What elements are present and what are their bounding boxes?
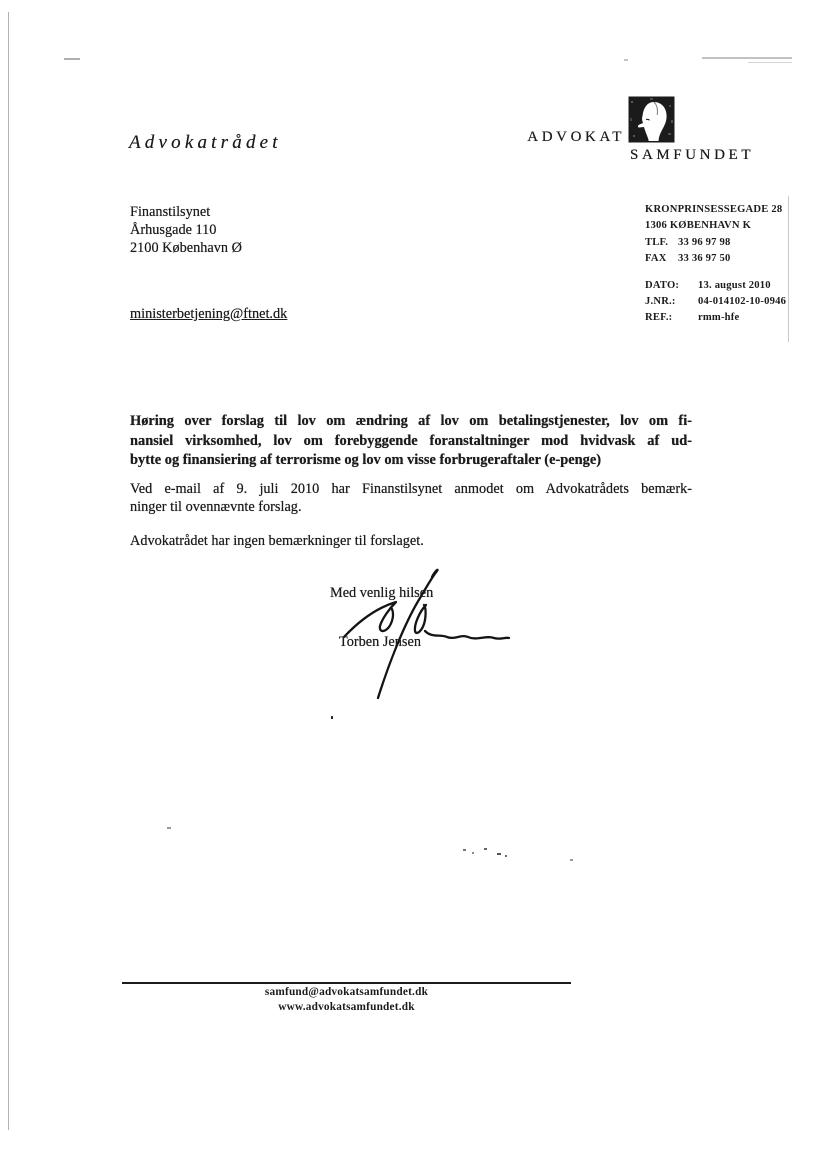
scan-speck: [497, 853, 501, 855]
scan-speck: [331, 716, 333, 719]
footer-divider: [122, 982, 571, 984]
logo-text-samfundet: SAMFUNDET: [630, 147, 754, 164]
recipient-name: Finanstilsynet: [130, 203, 242, 221]
subject-line: Høring over forslag til lov om ændring a…: [130, 412, 692, 432]
handwritten-signature: [328, 558, 518, 706]
scan-artifact-left-edge: [8, 12, 9, 1130]
subject-line: nansiel virksomhed, lov om forebyggende …: [130, 432, 692, 452]
fax-label: FAX: [645, 251, 678, 267]
recipient-email-link[interactable]: ministerbetjening@ftnet.dk: [130, 306, 287, 323]
scan-artifact-dash: [702, 57, 792, 59]
fax-row: FAX 33 36 97 50: [645, 251, 786, 267]
sender-street: KRONPRINSESSEGADE 28: [645, 202, 786, 218]
scan-speck: [167, 827, 171, 829]
phone-label: TLF.: [645, 235, 678, 251]
subject-heading: Høring over forslag til lov om ændring a…: [130, 412, 692, 471]
date-label: DATO:: [645, 278, 698, 294]
scan-speck: [484, 848, 487, 850]
phone-row: TLF. 33 96 97 98: [645, 235, 786, 251]
fax-value: 33 36 97 50: [678, 251, 731, 267]
scan-speck: [463, 849, 466, 851]
paragraph-line: ninger til ovennævnte forslag.: [130, 499, 692, 517]
footer-email: samfund@advokatsamfundet.dk: [122, 985, 571, 1000]
scan-artifact-dash: [64, 58, 80, 60]
reference-label: REF.:: [645, 310, 698, 326]
recipient-address: Finanstilsynet Århusgade 110 2100 Københ…: [130, 203, 242, 258]
footer-website: www.advokatsamfundet.dk: [122, 1000, 571, 1015]
footer: samfund@advokatsamfundet.dk www.advokats…: [122, 985, 571, 1015]
paragraph-line: Ved e-mail af 9. juli 2010 har Finanstil…: [130, 481, 692, 499]
journal-number-label: J.NR.:: [645, 294, 698, 310]
body-paragraph-2: Advokatrådet har ingen bemærkninger til …: [130, 533, 424, 550]
scan-speck: [570, 859, 573, 861]
recipient-city: 2100 København Ø: [130, 239, 242, 257]
recipient-street: Århusgade 110: [130, 221, 242, 239]
phone-value: 33 96 97 98: [678, 235, 731, 251]
date-value: 13. august 2010: [698, 278, 771, 294]
sender-name: Advokatrådet: [129, 132, 282, 154]
sender-contact-block: KRONPRINSESSEGADE 28 1306 KØBENHAVN K TL…: [645, 202, 786, 327]
reference-value: rmm-hfe: [698, 310, 739, 326]
sender-city: 1306 KØBENHAVN K: [645, 218, 786, 234]
scanned-letter-page: Advokatrådet ADVOKAT SAMFUNDET Finanstil…: [0, 0, 827, 1170]
date-row: DATO: 13. august 2010: [645, 278, 786, 294]
scan-speck: [505, 855, 507, 857]
body-paragraph-1: Ved e-mail af 9. juli 2010 har Finanstil…: [130, 481, 692, 517]
scan-artifact-right-line: [788, 196, 789, 342]
subject-line: bytte og finansiering af terrorisme og l…: [130, 451, 692, 471]
scan-speck: [472, 852, 474, 854]
advokatsamfundet-emblem-icon: [628, 96, 675, 143]
logo-text-advokat: ADVOKAT: [470, 129, 625, 146]
journal-number-value: 04-014102-10-0946: [698, 294, 786, 310]
journal-number-row: J.NR.: 04-014102-10-0946: [645, 294, 786, 310]
signer-name: Torben Jensen: [339, 634, 421, 651]
scan-artifact-dash: [748, 62, 792, 63]
reference-row: REF.: rmm-hfe: [645, 310, 786, 326]
scan-artifact-speck: [624, 59, 628, 61]
